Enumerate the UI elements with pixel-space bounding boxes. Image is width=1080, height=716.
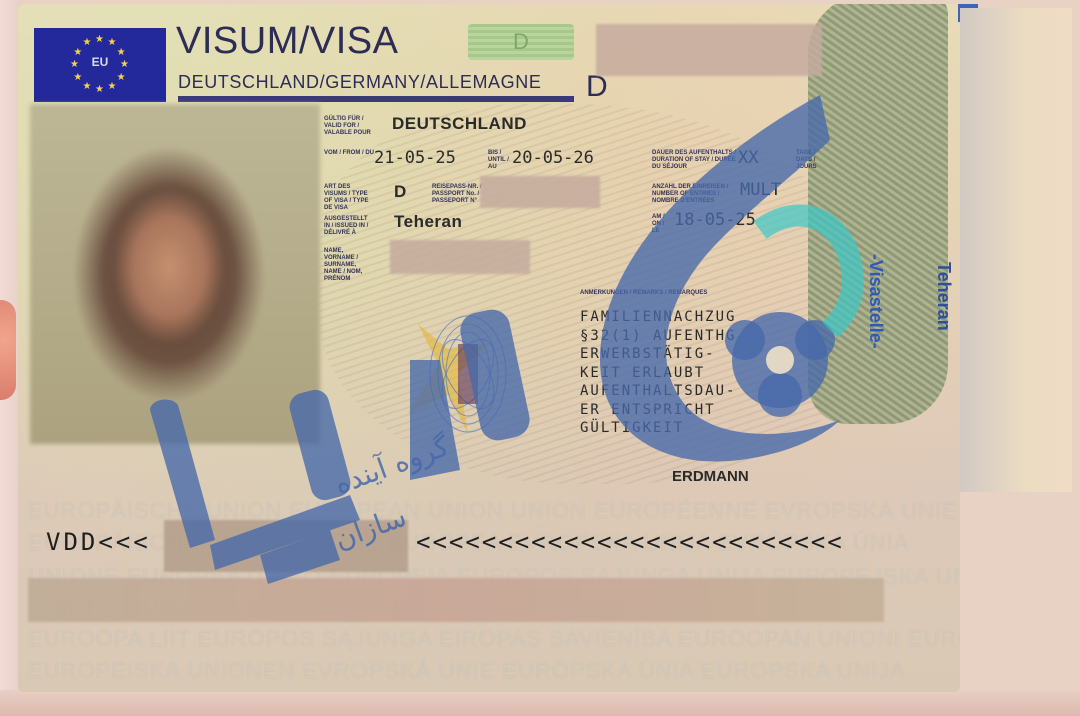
label-issue-date: AM / ON / LE: [652, 214, 672, 235]
document-title: VISUM/VISA: [176, 20, 399, 63]
label-valid-for: GÜLTIG FÜR / VALID FOR / VALABLE POUR: [324, 116, 374, 137]
eu-star-icon: ★: [95, 86, 103, 94]
label-passport-no: REISEPASS-NR. / PASSPORT No. / PASSEPORT…: [432, 184, 482, 205]
label-from: VOM / FROM / DU: [324, 150, 374, 157]
label-number-of-entries: ANZAHL DER EINREISEN / NUMBER OF ENTRIES…: [652, 184, 742, 205]
label-issued-in: AUSGESTELLT IN / ISSUED IN / DÉLIVRÉ À: [324, 216, 374, 237]
label-duration-of-stay: DAUER DES AUFENTHALTS / DURATION OF STAY…: [652, 150, 742, 171]
mrz-line1-tail: <<<<<<<<<<<<<<<<<<<<<<<<<<: [416, 528, 844, 556]
value-valid-for: DEUTSCHLAND: [392, 114, 527, 134]
label-until: BIS / UNTIL / AU: [488, 150, 512, 171]
value-until: 20-05-26: [512, 148, 594, 168]
mrz-line1-start: VDD<<<: [46, 528, 151, 556]
redacted-document-number: [596, 24, 822, 76]
eu-star-icon: ★: [73, 74, 81, 82]
microprint-line: [178, 96, 574, 102]
eu-star-icon: ★: [83, 83, 91, 91]
visa-sticker: ★★★★★★★★★★★★ EU VISUM/VISA DEUTSCHLAND/G…: [18, 4, 960, 692]
security-text-line: EUROOPA LIIT EUROPOS SĄJUNGA EIROPAS SAV…: [28, 626, 960, 652]
remarks-text: FAMILIENNACHZUG §32(1) AUFENTHG ERWERBST…: [580, 308, 736, 438]
label-duration-unit: TAGE / DAYS / JOURS: [796, 150, 826, 171]
stamp-teheran: Teheran: [933, 262, 954, 331]
eu-flag-label: EU: [34, 55, 166, 69]
redacted-right-edge: [960, 8, 1072, 492]
eu-star-icon: ★: [108, 39, 116, 47]
eu-star-icon: ★: [108, 83, 116, 91]
officer-signature: ERDMANN: [672, 468, 749, 485]
green-guilloche-band: [808, 4, 948, 424]
redacted-mrz-line2: [28, 578, 884, 622]
redacted-passport-number: [480, 176, 600, 208]
security-text-line: EUROPEISKA UNIONEN EVROPSKÁ UNIE EURÓPSK…: [28, 658, 906, 684]
value-number-of-entries: MULT: [740, 180, 781, 200]
label-remarks: ANMERKUNGEN / REMARKS / REMARQUES: [580, 290, 780, 297]
country-seal: D: [468, 24, 574, 60]
passport-page-bottom: [0, 690, 1080, 716]
value-from: 21-05-25: [374, 148, 456, 168]
eu-star-icon: ★: [83, 39, 91, 47]
document-subtitle: DEUTSCHLAND/GERMANY/ALLEMAGNE: [178, 72, 541, 93]
redacted-holder-name: [390, 240, 530, 274]
holder-photo-blurred: [30, 104, 320, 444]
eu-star-icon: ★: [117, 74, 125, 82]
label-type-of-visa: ART DES VISUMS / TYPE OF VISA / TYPE DE …: [324, 184, 374, 212]
value-duration-of-stay: XX: [738, 148, 758, 168]
value-type-of-visa: D: [394, 182, 407, 202]
holder-finger: [0, 300, 16, 400]
value-issued-in: Teheran: [394, 212, 462, 232]
eu-flag-icon: ★★★★★★★★★★★★ EU: [34, 28, 166, 102]
stamp-visastelle: -Visastelle-: [865, 254, 886, 349]
label-name: NAME, VORNAME / SURNAME, NAME / NOM, PRÉ…: [324, 248, 374, 283]
hologram-icon: [398, 304, 518, 444]
eu-star-icon: ★: [95, 36, 103, 44]
value-issue-date: 18-05-25: [674, 210, 756, 230]
